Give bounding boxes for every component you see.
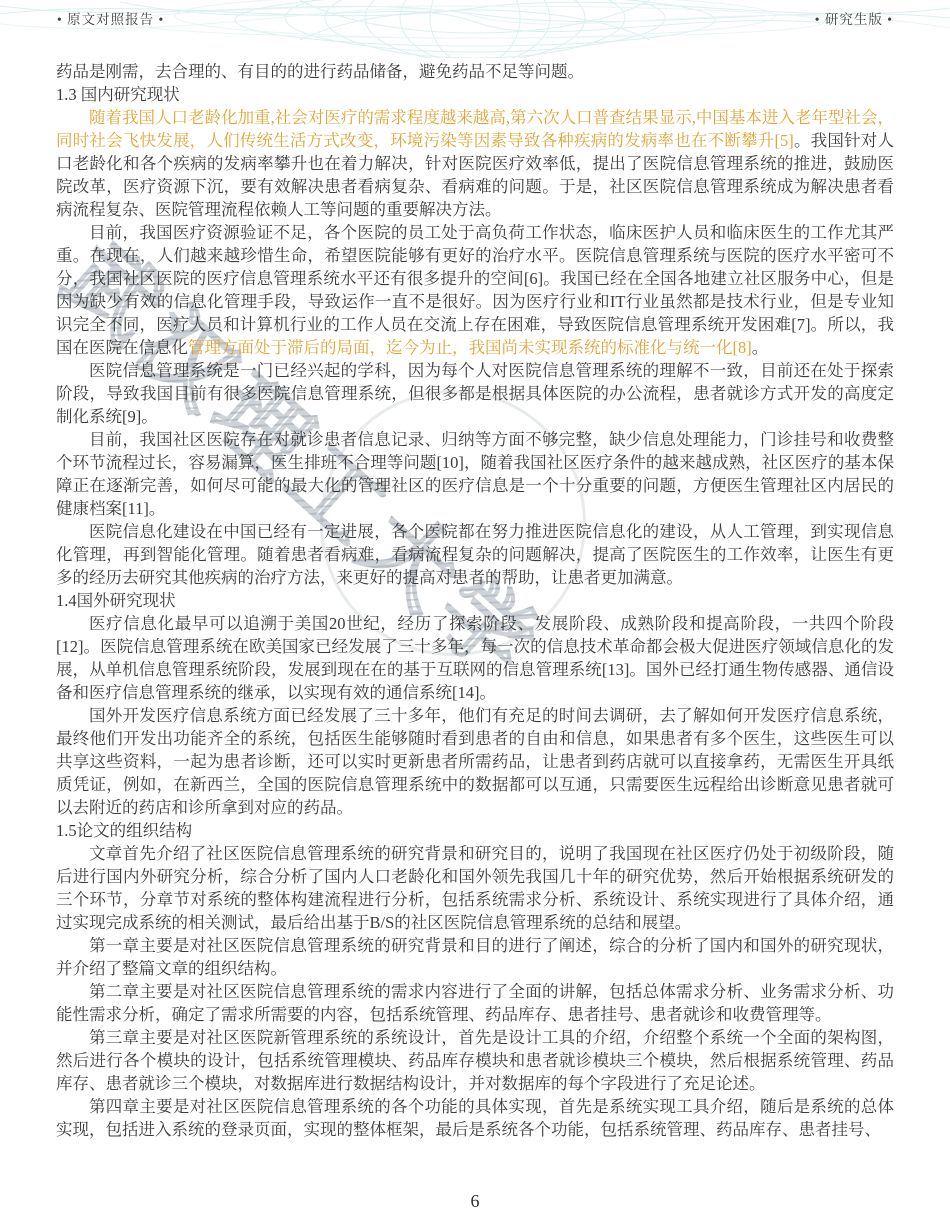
paragraph: 第一章主要是对社区医院信息管理系统的研究背景和目的进行了阐述，综合的分析了国内和… — [56, 934, 894, 980]
matched-text-segment: 管理方面处于滞后的局面，迄今为止，我国尚未实现系统的标准化与统一化[8] — [188, 338, 752, 357]
document-body: 药品是刚需，去合理的、有目的的进行药品储备，避免药品不足等问题。1.3 国内研究… — [56, 60, 894, 1141]
paragraph: 目前，我国医疗资源验证不足，各个医院的员工处于高负荷工作状态，临床医护人员和临床… — [56, 221, 894, 359]
text-segment: 。 — [752, 338, 769, 357]
section-heading: 1.3 国内研究现状 — [56, 83, 894, 106]
report-page: • 原文对照报告 • • 研究生版 • 武汉理工大学 药品是刚需，去合理的、有目… — [0, 0, 950, 1230]
paragraph: 第四章主要是对社区医院信息管理系统的各个功能的具体实现，首先是系统实现工具介绍，… — [56, 1095, 894, 1141]
text-segment: 1.4国外研究现状 — [56, 591, 176, 610]
text-segment: 第三章主要是对社区医院新管理系统的系统设计，首先是设计工具的介绍，介绍整个系统一… — [56, 1028, 894, 1093]
paragraph: 国外开发医疗信息系统方面已经发展了三十多年，他们有充足的时间去调研，去了解如何开… — [56, 704, 894, 819]
edition-label: • 研究生版 • — [815, 8, 893, 28]
paragraph: 随着我国人口老龄化加重,社会对医疗的需求程度越来越高,第六次人口普查结果显示,中… — [56, 106, 894, 221]
text-segment: 目前，我国医疗资源验证不足，各个医院的员工处于高负荷工作状态，临床医护人员和临床… — [56, 223, 894, 357]
text-segment: 文章首先介绍了社区医院信息管理系统的研究背景和研究目的，说明了我国现在社区医疗仍… — [56, 844, 894, 932]
text-segment: 医院信息管理系统是一门已经兴起的学科，因为每个人对医院信息管理系统的理解不一致，… — [56, 361, 894, 426]
text-segment: 国外开发医疗信息系统方面已经发展了三十多年，他们有充足的时间去调研，去了解如何开… — [56, 706, 894, 817]
paragraph: 医院信息管理系统是一门已经兴起的学科，因为每个人对医院信息管理系统的理解不一致，… — [56, 359, 894, 428]
text-segment: 1.5论文的组织结构 — [56, 821, 192, 840]
paragraph: 目前，我国社区医院存在对就诊患者信息记录、归纳等方面不够完整，缺少信息处理能力，… — [56, 428, 894, 520]
page-header: • 原文对照报告 • • 研究生版 • — [57, 8, 893, 28]
paragraph: 第三章主要是对社区医院新管理系统的系统设计，首先是设计工具的介绍，介绍整个系统一… — [56, 1026, 894, 1095]
paragraph: 第二章主要是对社区医院信息管理系统的需求内容进行了全面的讲解，包括总体需求分析、… — [56, 980, 894, 1026]
page-number: 6 — [0, 1191, 950, 1212]
text-segment: 医院信息化建设在中国已经有一定进展，各个医院都在努力推进医院信息化的建设，从人工… — [56, 522, 894, 587]
paragraph: 医疗信息化最早可以追溯于美国20世纪，经历了探索阶段、发展阶段、成熟阶段和提高阶… — [56, 612, 894, 704]
section-heading: 1.4国外研究现状 — [56, 589, 894, 612]
paragraph: 医院信息化建设在中国已经有一定进展，各个医院都在努力推进医院信息化的建设，从人工… — [56, 520, 894, 589]
text-segment: 第二章主要是对社区医院信息管理系统的需求内容进行了全面的讲解，包括总体需求分析、… — [56, 982, 894, 1024]
text-segment: 1.3 国内研究现状 — [56, 85, 180, 104]
paragraph: 文章首先介绍了社区医院信息管理系统的研究背景和研究目的，说明了我国现在社区医疗仍… — [56, 842, 894, 934]
text-segment: 药品是刚需，去合理的、有目的的进行药品储备，避免药品不足等问题。 — [56, 62, 584, 81]
section-heading: 1.5论文的组织结构 — [56, 819, 894, 842]
report-type-label: • 原文对照报告 • — [57, 8, 164, 28]
text-segment: 第一章主要是对社区医院信息管理系统的研究背景和目的进行了阐述，综合的分析了国内和… — [56, 936, 894, 978]
text-segment: 第四章主要是对社区医院信息管理系统的各个功能的具体实现，首先是系统实现工具介绍，… — [56, 1097, 894, 1139]
paragraph: 药品是刚需，去合理的、有目的的进行药品储备，避免药品不足等问题。 — [56, 60, 894, 83]
matched-text-segment: 随着我国人口老龄化加重,社会对医疗的需求程度越来越高,第六次人口普查结果显示,中… — [56, 108, 894, 150]
text-segment: 目前，我国社区医院存在对就诊患者信息记录、归纳等方面不够完整，缺少信息处理能力，… — [56, 430, 894, 518]
text-segment: 医疗信息化最早可以追溯于美国20世纪，经历了探索阶段、发展阶段、成熟阶段和提高阶… — [56, 614, 894, 702]
